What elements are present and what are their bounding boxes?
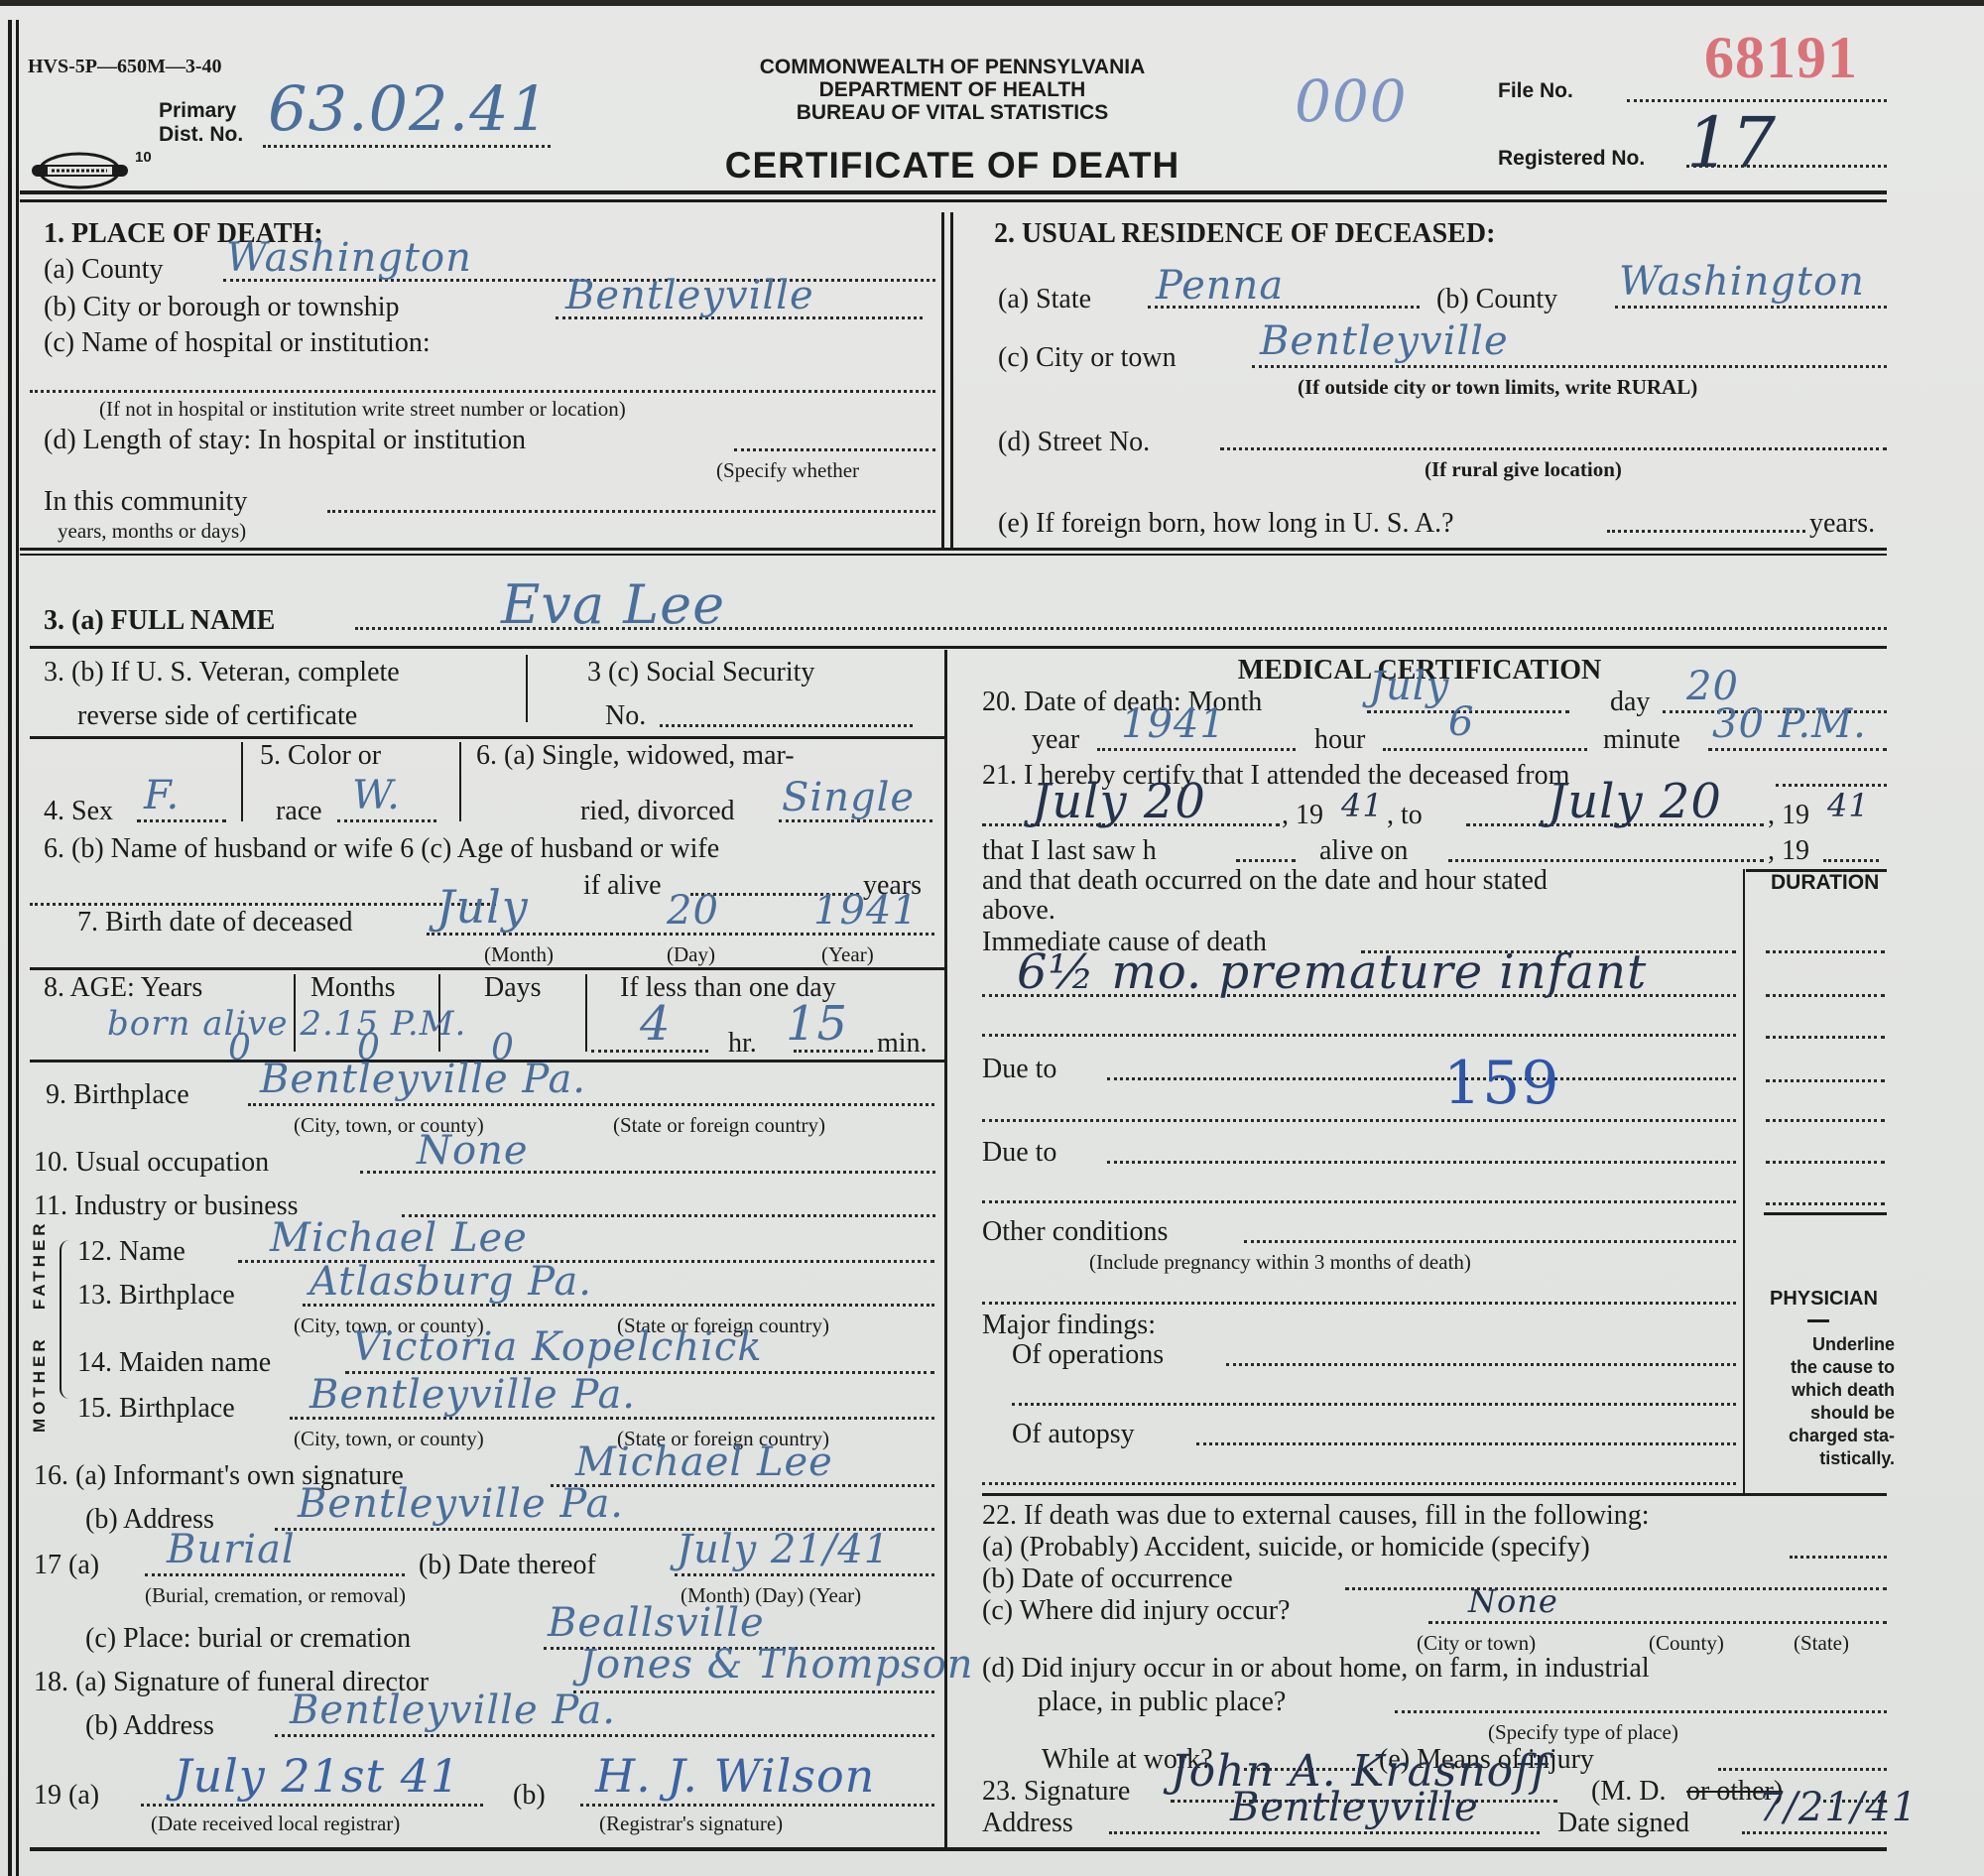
stay-note: (Specify whether [716,458,859,482]
other-conditions-note: (Include pregnancy within 3 months of de… [1089,1250,1471,1274]
left-border-outer [8,20,12,1876]
full-name-value[interactable]: Eva Lee [501,577,725,633]
external-b-label: (b) Date of occurrence [982,1563,1233,1595]
physician-address-label: Address [982,1808,1073,1839]
residence-city-label: (c) City or town [998,342,1177,374]
external-c-value[interactable]: None [1468,1579,1558,1623]
physician-signature-label: 23. Signature [982,1776,1130,1808]
death-city-label: (b) City or borough or township [44,292,400,323]
left-border-inner [16,20,19,1876]
stay-label: (d) Length of stay: In hospital or insti… [44,425,526,456]
scan-top-edge [0,0,1984,6]
physician-note-line: charged sta- [1756,1425,1895,1447]
physician-note: Underline the cause to which death shoul… [1756,1333,1895,1470]
death-hour-line [1383,748,1587,751]
certificate-page: HVS-5P—650M—3-40 Primary Dist. No. 63.02… [0,0,1984,1876]
father-birthplace-value[interactable]: Atlasburg Pa. [310,1260,592,1304]
disposition-method-line [145,1573,405,1576]
primary-label: Primary [159,99,236,123]
death-minute-value[interactable]: 30 P.M. [1712,702,1867,746]
due-to-value-1[interactable]: 159 [1443,1052,1560,1115]
residence-state-value[interactable]: Penna [1156,264,1284,308]
union-label-number: 10 [135,149,152,166]
death-year-label: year [1032,724,1079,756]
spouse-name-line [30,903,496,906]
attended-from-year-prefix: , 19 [1282,800,1323,831]
duration-divider [1743,869,1745,1494]
death-year-line [1097,748,1296,751]
registered-no-label: Registered No. [1498,147,1645,171]
union-label-logo [28,151,132,195]
attended-to-label: , to [1387,800,1423,831]
mother-maiden-label: 14. Maiden name [77,1347,271,1379]
minutes-label: min. [877,1028,928,1060]
external-d-line [1395,1710,1887,1713]
birth-date-label: 7. Birth date of deceased [77,907,353,938]
residence-street-note: (If rural give location) [1425,457,1622,481]
community-label: In this community [44,486,247,518]
color-line-1: 5. Color or [260,740,381,772]
last-saw-line [1236,859,1296,862]
spouse-label: 6. (b) Name of husband or wife 6 (c) Age… [44,833,719,865]
registrar-signature-value[interactable]: H. J. Wilson [595,1754,875,1798]
death-minute-line [1708,748,1887,751]
parents-side-labels: MOTHER FATHER [30,1244,52,1442]
death-hour-label: hour [1314,724,1365,756]
duration-line-2 [1766,994,1885,997]
marital-line-2: ried, divorced [580,796,735,827]
form-code: HVS-5P—650M—3-40 [28,56,222,78]
file-no-value[interactable]: 68191 [1704,36,1858,79]
operations-line [1226,1363,1736,1366]
residence-city-note: (If outside city or town limits, write R… [1298,375,1697,399]
veteran-divider [526,655,528,722]
occupation-label: 10. Usual occupation [34,1147,269,1179]
attended-to-year[interactable]: 41 [1827,784,1870,827]
printers-union-icon [28,151,132,190]
sex-divider [241,742,243,821]
death-month-value[interactable]: July [1369,665,1449,708]
hospital-label: (c) Name of hospital or institution: [44,327,431,359]
duration-line-3 [1766,1036,1885,1039]
birthplace-line [248,1103,934,1106]
disposition-method-note: (Burial, cremation, or removal) [145,1583,406,1607]
age-minutes-value[interactable]: 15 [786,1002,848,1046]
due-to-line-2b [982,1200,1736,1203]
age-months-label: Months [310,972,396,1004]
alive-on-year-line [1823,859,1879,862]
birth-day-value[interactable]: 20 [667,889,719,933]
duration-line-1 [1766,950,1885,953]
agency-line-2: DEPARTMENT OF HEALTH [694,78,1210,101]
registered-no-value[interactable]: 17 [1686,107,1777,179]
birth-year-value[interactable]: 1941 [813,889,919,933]
date-signed-label: Date signed [1557,1808,1689,1839]
physician-heading: PHYSICIAN [1770,1288,1878,1311]
physician-note-line: the cause to [1756,1356,1895,1379]
physician-note-line: which death [1756,1379,1895,1402]
operations-line-2 [1012,1403,1736,1406]
disposition-date-line [675,1573,934,1576]
mother-city-note: (City, town, or county) [294,1427,484,1450]
alive-on-line [1448,859,1764,862]
stay-line [734,448,935,451]
residence-county-value[interactable]: Washington [1619,260,1865,304]
header-rule-2 [20,199,1887,202]
operations-label: Of operations [1012,1339,1164,1371]
age-years-value[interactable]: 0 [228,1027,252,1070]
veteran-line-1: 3. (b) If U. S. Veteran, complete [44,657,400,688]
birthplace-value[interactable]: Bentleyville Pa. [260,1058,586,1101]
agency-line-1: COMMONWEALTH OF PENNSYLVANIA [694,56,1210,78]
external-d-note: (Specify type of place) [1488,1720,1678,1744]
external-causes-rule [982,1493,1887,1496]
physician-note-line: Underline [1756,1333,1895,1356]
disposition-date-value[interactable]: July 21/41 [677,1528,890,1571]
residence-street-label: (d) Street No. [998,427,1150,458]
external-b-line [1345,1587,1887,1590]
burial-place-value[interactable]: Beallsville [548,1601,765,1645]
residence-county-line [1615,306,1887,309]
residence-heading: 2. USUAL RESIDENCE OF DECEASED: [994,218,1495,250]
registrar-signature-note: (Registrar's signature) [599,1812,783,1835]
parents-brace [60,1240,73,1399]
residence-county-label: (b) County [1436,284,1557,315]
attended-to-value[interactable]: July 20 [1548,780,1722,823]
mother-birthplace-label: 15. Birthplace [77,1393,235,1425]
attended-to-year-prefix: , 19 [1768,800,1809,831]
header-rule-1 [20,190,1887,194]
agency-line-3: BUREAU OF VITAL STATISTICS [694,101,1210,124]
date-signed-line [1742,1831,1887,1834]
hours-label: hr. [728,1028,757,1060]
disposition-method-value[interactable]: Burial [167,1528,296,1571]
funeral-address-label: (b) Address [85,1710,214,1742]
duration-heading: DURATION [1771,871,1879,895]
birthplace-state-note: (State or foreign country) [613,1113,825,1137]
sex-label: 4. Sex [44,796,113,827]
sex-line [137,819,226,822]
duration-line-5 [1766,1119,1885,1122]
birth-month-value[interactable]: July [436,885,529,929]
age-divider-3 [585,974,587,1052]
other-conditions-line [1244,1240,1736,1243]
foreign-born-label: (e) If foreign born, how long in U. S. A… [998,508,1454,540]
residence-street-line [1220,447,1887,450]
marital-line-1: 6. (a) Single, widowed, mar- [476,740,795,772]
physician-note-line: should be [1756,1402,1895,1425]
external-a-label: (a) (Probably) Accident, suicide, or hom… [982,1532,1590,1563]
birth-year-note: (Year) [821,942,874,966]
other-conditions-label: Other conditions [982,1216,1168,1248]
alive-on-year-prefix: , 19 [1768,835,1809,867]
ssn-line [660,724,913,727]
community-line [327,510,935,513]
color-line-2: race [276,796,322,827]
autopsy-label: Of autopsy [1012,1419,1135,1450]
informant-signature-value[interactable]: Michael Lee [575,1440,833,1484]
father-birthplace-label: 13. Birthplace [77,1280,235,1312]
birth-month-note: (Month) [484,942,554,966]
disposition-label: 17 (a) [34,1550,99,1581]
residence-state-label: (a) State [998,284,1091,315]
mother-birthplace-value[interactable]: Bentleyville Pa. [310,1373,636,1417]
external-a-line [1790,1556,1887,1559]
bottom-rule [30,1847,1887,1851]
death-day-label: day [1610,687,1650,718]
external-c-note-county: (County) [1649,1631,1724,1655]
attended-from-year[interactable]: 41 [1341,784,1384,827]
alive-on-label: alive on [1319,835,1408,867]
race-line [337,819,436,822]
funeral-address-value[interactable]: Bentleyville Pa. [290,1688,616,1732]
funeral-director-value[interactable]: Jones & Thompson [579,1643,974,1687]
due-to-label-1: Due to [982,1054,1056,1085]
age-days-label: Days [484,972,542,1004]
race-value[interactable]: W. [352,774,401,817]
registrar-date-label: 19 (a) [34,1780,99,1812]
dist-no-line [263,145,551,148]
sex-value[interactable]: F. [144,774,180,817]
father-name-label: 12. Name [77,1236,186,1268]
death-year-value[interactable]: 1941 [1121,702,1226,746]
veteran-line-2: reverse side of certificate [77,700,357,732]
father-name-value[interactable]: Michael Lee [270,1216,528,1260]
age-years-label: 8. AGE: Years [44,972,202,1004]
autopsy-line [1196,1442,1736,1445]
section-rule-a [20,548,1887,551]
race-divider [459,742,461,821]
dist-no-label: Dist. No. [159,123,243,147]
immediate-cause-value[interactable]: 6½ mo. premature infant [1017,950,1647,994]
veteran-rule [30,736,944,739]
registrar-signature-label: (b) [513,1780,546,1812]
file-no-label: File No. [1498,79,1573,103]
hospital-line [30,390,935,393]
spouse-alive-label: if alive [583,870,662,902]
ssn-line-2: No. [605,700,646,732]
father-side-label: FATHER [30,1219,49,1310]
death-city-value[interactable]: Bentleyville [565,274,814,317]
duration-line-7 [1766,1202,1885,1205]
occupation-value[interactable]: None [417,1129,529,1173]
due-to-label-2: Due to [982,1137,1056,1169]
death-hour-value[interactable]: 6 [1448,700,1474,744]
full-name-label: 3. (a) FULL NAME [44,605,275,637]
funeral-director-line [573,1690,934,1693]
registrar-date-value[interactable]: July 21st 41 [174,1754,460,1798]
physician-address-line [1109,1831,1540,1834]
death-minute-label: minute [1603,724,1680,756]
mother-maiden-value[interactable]: Victoria Kopelchick [352,1325,763,1369]
duration-line-6 [1766,1161,1885,1164]
external-d-label-2: place, in public place? [1038,1687,1286,1718]
residence-city-line [1252,365,1887,368]
name-rule [30,646,1887,649]
other-conditions-line-2 [982,1302,1736,1305]
age-note-value[interactable]: born alive 2.15 P.M. [107,1002,466,1046]
registrar-date-line [141,1804,483,1807]
physician-note-line: tistically. [1756,1447,1895,1470]
date-signed-value[interactable]: 7/21/41 [1758,1786,1918,1829]
external-d-label-1: (d) Did injury occur in or about home, o… [982,1653,1650,1685]
autopsy-line-2 [982,1482,1736,1485]
means-of-injury-line [1718,1768,1887,1771]
section-rule-b [20,554,1887,556]
registrar-signature-line [580,1804,934,1807]
ssn-line-1: 3 (c) Social Security [587,657,814,688]
foreign-born-suffix: years. [1809,508,1875,540]
mother-side-label: MOTHER [30,1335,49,1433]
birth-day-note: (Day) [667,942,715,966]
physician-address-value[interactable]: Bentleyville [1230,1786,1479,1829]
last-saw-label: that I last saw h [982,835,1157,867]
major-findings-label: Major findings: [982,1310,1156,1341]
immediate-cause-line-3 [982,1034,1736,1037]
duration-bottom-rule [1764,1212,1887,1215]
community-note: years, months or days) [58,519,246,543]
due-to-line-2 [1107,1161,1736,1164]
physician-dash [1807,1319,1829,1322]
agency-block: COMMONWEALTH OF PENNSYLVANIA DEPARTMENT … [694,56,1210,124]
disposition-date-label: (b) Date thereof [419,1550,596,1581]
industry-label: 11. Industry or business [34,1190,299,1222]
due-to-line-1 [1107,1077,1736,1080]
above-text: above. [982,895,1055,927]
birth-rule [30,967,944,970]
due-to-line-1b [982,1119,1736,1122]
age-hours-value[interactable]: 4 [640,1002,672,1046]
center-divider-1 [941,212,944,550]
md-label: (M. D. [1591,1776,1666,1808]
death-county-value[interactable]: Washington [226,236,472,280]
burial-place-label: (c) Place: burial or cremation [85,1623,411,1655]
external-c-note-city: (City or town) [1417,1631,1536,1655]
external-causes-heading: 22. If death was due to external causes,… [982,1500,1650,1532]
center-divider-2 [950,212,953,550]
attended-from-value[interactable]: July 20 [1032,780,1206,823]
foreign-born-line [1607,530,1805,533]
death-county-label: (a) County [44,254,164,286]
handwritten-code: 000 [1295,79,1408,123]
registrar-date-note: (Date received local registrar) [151,1812,400,1835]
dist-no-value[interactable]: 63.02.41 [268,77,550,141]
page-title: CERTIFICATE OF DEATH [635,145,1270,187]
marital-value[interactable]: Single [782,776,915,819]
funeral-address-line [275,1734,934,1737]
residence-city-value[interactable]: Bentleyville [1260,319,1509,363]
external-c-note-state: (State) [1794,1631,1849,1655]
birthplace-label: 9. Birthplace [46,1079,189,1111]
death-occurred-text: and that death occurred on the date and … [982,865,1548,897]
external-c-label: (c) Where did injury occur? [982,1595,1290,1627]
hospital-note: (If not in hospital or institution write… [99,397,626,421]
duration-line-4 [1766,1079,1885,1082]
informant-address-value[interactable]: Bentleyville Pa. [298,1482,624,1526]
